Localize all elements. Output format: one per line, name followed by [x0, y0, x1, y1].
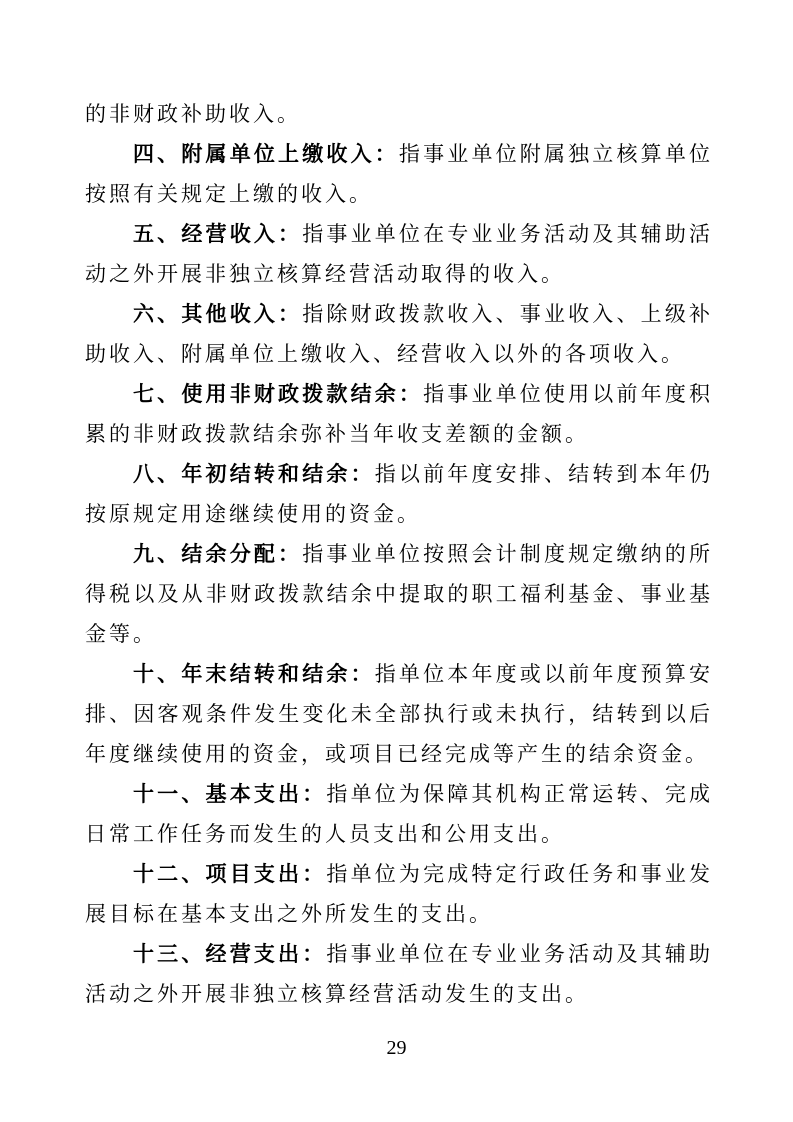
definition-term: 十三、经营支出：	[133, 942, 326, 966]
definition-term: 十一、基本支出：	[133, 782, 326, 806]
document-page: 的非财政补助收入。 四、附属单位上缴收入：指事业单位附属独立核算单位按照有关规定…	[0, 0, 793, 1122]
definition-term: 十、年末结转和结余：	[133, 662, 375, 686]
definition-term: 九、结余分配：	[133, 542, 302, 566]
document-body: 的非财政补助收入。 四、附属单位上缴收入：指事业单位附属独立核算单位按照有关规定…	[85, 94, 713, 1014]
definition-term: 八、年初结转和结余：	[133, 462, 375, 486]
definition-paragraph: 十三、经营支出：指事业单位在专业业务活动及其辅助活动之外开展非独立核算经营活动发…	[85, 934, 713, 1014]
definition-term: 七、使用非财政拨款结余：	[133, 382, 423, 406]
definition-paragraph: 六、其他收入：指除财政拨款收入、事业收入、上级补助收入、附属单位上缴收入、经营收…	[85, 294, 713, 374]
definition-paragraph: 九、结余分配：指事业单位按照会计制度规定缴纳的所得税以及从非财政拨款结余中提取的…	[85, 534, 713, 654]
definition-paragraph: 十一、基本支出：指单位为保障其机构正常运转、完成日常工作任务而发生的人员支出和公…	[85, 774, 713, 854]
continuation-paragraph: 的非财政补助收入。	[85, 94, 713, 134]
definition-paragraph: 八、年初结转和结余：指以前年度安排、结转到本年仍按原规定用途继续使用的资金。	[85, 454, 713, 534]
definition-term: 六、其他收入：	[133, 302, 302, 326]
definition-paragraph: 十二、项目支出：指单位为完成特定行政任务和事业发展目标在基本支出之外所发生的支出…	[85, 854, 713, 934]
definition-term: 十二、项目支出：	[133, 862, 326, 886]
definition-term: 五、经营收入：	[133, 222, 302, 246]
definition-paragraph: 十、年末结转和结余：指单位本年度或以前年度预算安排、因客观条件发生变化未全部执行…	[85, 654, 713, 774]
definition-term: 四、附属单位上缴收入：	[133, 142, 399, 166]
definition-paragraph: 四、附属单位上缴收入：指事业单位附属独立核算单位按照有关规定上缴的收入。	[85, 134, 713, 214]
continuation-text: 的非财政补助收入。	[85, 102, 301, 126]
definition-paragraph: 七、使用非财政拨款结余：指事业单位使用以前年度积累的非财政拨款结余弥补当年收支差…	[85, 374, 713, 454]
definition-paragraph: 五、经营收入：指事业单位在专业业务活动及其辅助活动之外开展非独立核算经营活动取得…	[85, 214, 713, 294]
page-number: 29	[0, 1033, 793, 1063]
